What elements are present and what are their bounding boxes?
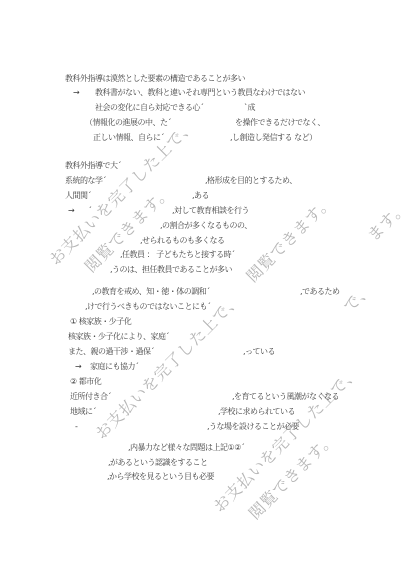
text-line: ,うのは、担任教員であることが多い — [110, 265, 232, 275]
text-line: ② 都市化 — [70, 377, 101, 387]
text-line: 社会の変化に自ら対応できる心´ — [95, 103, 204, 113]
note-text-layer: 教科外指導は漠然とした要素の構造であることが多い→教科書がない、教科と違いそれ専… — [0, 0, 410, 580]
text-line: ① 核家族・少子化 — [70, 317, 131, 327]
text-line: 核家族・少子化により、家庭´ — [68, 332, 169, 342]
text-line: 系統的な学´ — [65, 176, 106, 186]
text-line: ,対して教育相談を行う — [172, 206, 249, 216]
text-line: ´ — [88, 206, 92, 216]
text-line: ,せられるものも多くなる — [140, 236, 225, 246]
text-line: ,を育てるという風潮がなくなる — [232, 392, 339, 402]
text-line: また、親の過干渉・過保´ — [68, 347, 154, 357]
text-line: ,学校に求められている — [218, 407, 295, 417]
text-line: ,うな場を設けることが必要 — [207, 422, 299, 432]
text-line: ,し創造し発信する など） — [230, 133, 317, 143]
text-line: ,であるため — [300, 287, 340, 297]
text-line: 地域に´ — [70, 407, 96, 417]
text-line: → — [68, 206, 74, 216]
text-line: 教科外指導は漠然とした要素の構造であることが多い — [65, 74, 245, 84]
text-line: 教科外指導で大´ — [65, 161, 121, 171]
text-line: → — [73, 88, 79, 98]
text-line: ,から学校を見るという目も必要 — [107, 472, 214, 482]
text-line: 人間関´ — [65, 191, 91, 201]
text-line: 教科書がない、教科と違いそれ専門という教員なわけではない — [95, 88, 305, 98]
text-line: ,格形成を目的とするため、 — [205, 176, 297, 186]
text-line: - — [75, 422, 77, 432]
text-line: ,っている — [243, 347, 275, 357]
text-line: 家庭にも協力´ — [90, 362, 139, 372]
text-line: 正しい情報、自らに´ — [93, 133, 164, 143]
text-line: 近所付き合´ — [70, 392, 111, 402]
text-line: `成 — [244, 103, 255, 113]
text-line: （情報化の進展の中、た´ — [85, 118, 171, 128]
text-line: を操作できるだけでなく、 — [235, 118, 325, 128]
document-page: お支払いを完了した上で、閲覧できます。お支払いを完了した上で、お支払いを完了した… — [0, 0, 410, 580]
text-line: ,の教育を戒め、知・徳・体の調和´ — [92, 287, 210, 297]
text-line: ,任教員 ： 子どもたちと接する時´ — [120, 250, 235, 260]
text-line: ,があるという認識をすること — [108, 458, 208, 468]
text-line: ,ある — [192, 191, 209, 201]
text-line: ,けで行うべきものではないことにも´ — [85, 302, 211, 312]
text-line: → — [75, 362, 81, 372]
text-line: ,内暴力など様々な問題は上記①②´ — [128, 443, 244, 453]
text-line: ,の割合が多くなるものの、 — [160, 221, 252, 231]
